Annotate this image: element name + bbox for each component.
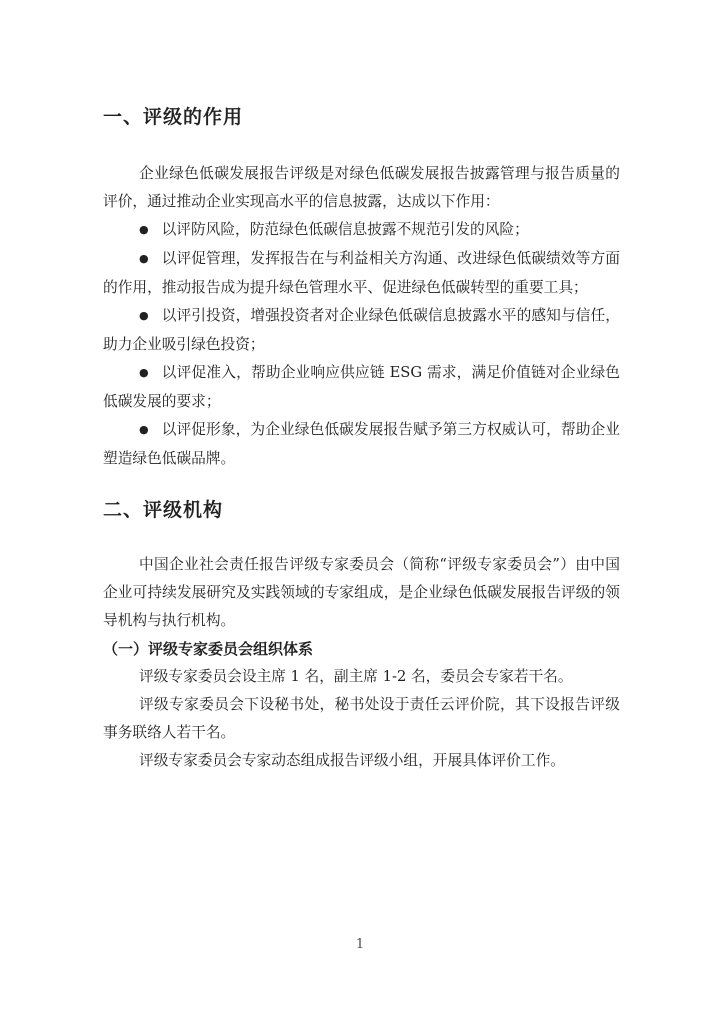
- bullet-item: ●以评防风险，防范绿色低碳信息披露不规范引发的风险；: [103, 216, 620, 245]
- bullet-item: ●以评促管理，发挥报告在与利益相关方沟通、改进绿色低碳绩效等方面的作用，推动报告…: [103, 245, 620, 302]
- section-2-heading: 二、评级机构: [103, 497, 620, 523]
- section-2-paragraph: 评级专家委员会下设秘书处，秘书处设于责任云评价院，其下设报告评级事务联络人若干名…: [103, 691, 620, 747]
- bullet-item-text: 以评促形象，为企业绿色低碳发展报告赋予第三方权威认可，帮助企业塑造绿色低碳品牌。: [103, 421, 620, 467]
- bullet-item-text: 以评防风险，防范绿色低碳信息披露不规范引发的风险；: [162, 221, 529, 238]
- bullet-icon: ●: [139, 309, 149, 322]
- section-1-intro-paragraph: 企业绿色低碳发展报告评级是对绿色低碳发展报告披露管理与报告质量的评价，通过推动企…: [103, 160, 620, 216]
- page-number: 1: [0, 936, 720, 954]
- section-2-subheading: （一）评级专家委员会组织体系: [103, 635, 620, 663]
- bullet-item: ●以评引投资，增强投资者对企业绿色低碳信息披露水平的感知与信任，助力企业吸引绿色…: [103, 302, 620, 359]
- section-2-intro-paragraph: 中国企业社会责任报告评级专家委员会（简称“评级专家委员会”）由中国企业可持续发展…: [103, 551, 620, 635]
- section-1-heading: 一、评级的作用: [103, 104, 620, 130]
- bullet-icon: ●: [139, 252, 149, 265]
- bullet-item-text: 以评促准入，帮助企业响应供应链 ESG 需求，满足价值链对企业绿色低碳发展的要求…: [103, 364, 620, 410]
- bullet-item-text: 以评引投资，增强投资者对企业绿色低碳信息披露水平的感知与信任，助力企业吸引绿色投…: [103, 307, 620, 353]
- bullet-icon: ●: [139, 423, 149, 436]
- bullet-icon: ●: [139, 366, 149, 379]
- bullet-item-text: 以评促管理，发挥报告在与利益相关方沟通、改进绿色低碳绩效等方面的作用，推动报告成…: [103, 250, 620, 296]
- section-2-paragraph: 评级专家委员会专家动态组成报告评级小组，开展具体评价工作。: [103, 747, 620, 775]
- bullet-item: ●以评促形象，为企业绿色低碳发展报告赋予第三方权威认可，帮助企业塑造绿色低碳品牌…: [103, 416, 620, 473]
- bullet-item: ●以评促准入，帮助企业响应供应链 ESG 需求，满足价值链对企业绿色低碳发展的要…: [103, 359, 620, 416]
- document-content: 一、评级的作用 企业绿色低碳发展报告评级是对绿色低碳发展报告披露管理与报告质量的…: [0, 104, 724, 775]
- document-page: 一、评级的作用 企业绿色低碳发展报告评级是对绿色低碳发展报告披露管理与报告质量的…: [0, 0, 724, 1024]
- bullet-icon: ●: [139, 223, 149, 236]
- section-2-paragraph: 评级专家委员会设主席 1 名，副主席 1-2 名，委员会专家若干名。: [103, 663, 620, 691]
